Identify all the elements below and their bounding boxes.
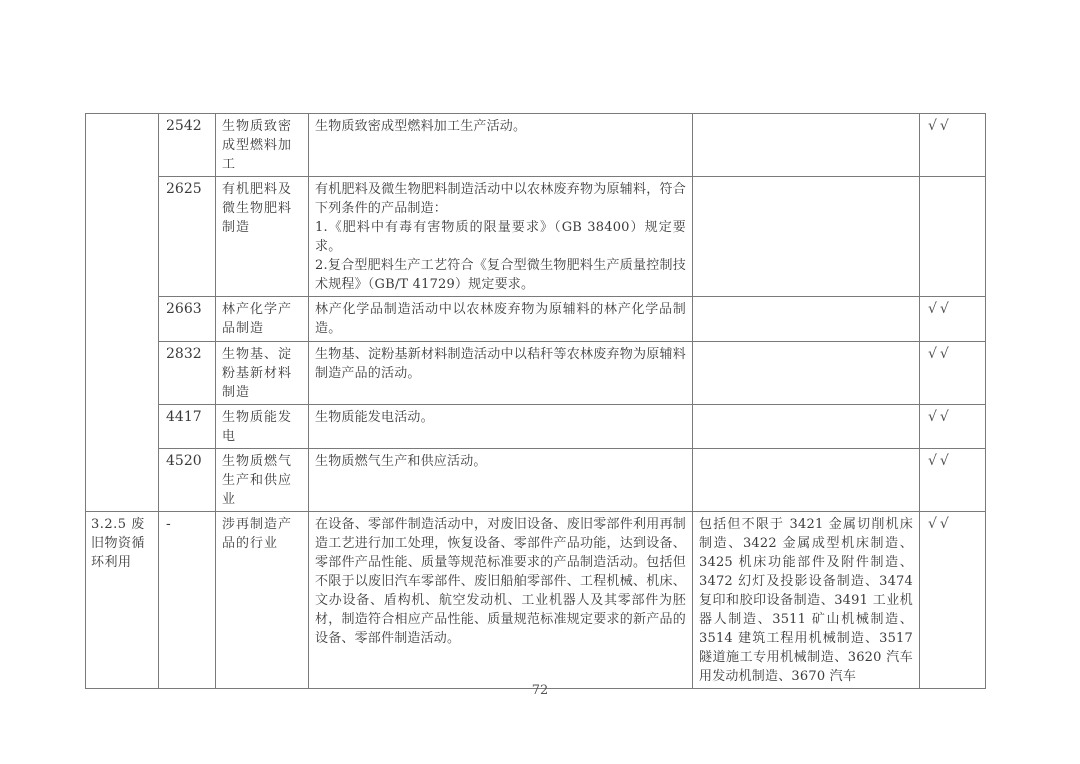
scope-cell: 包括但不限于 3421 金属切削机床制造、3422 金属成型机床制造、3425 … xyxy=(693,512,920,689)
table-row: 4520 生物质燃气生产和供应业 生物质燃气生产和供应活动。 √√ xyxy=(86,449,986,512)
name-cell: 林产化学产品制造 xyxy=(216,297,309,342)
table-row: 3.2.5 废旧物资循环利用 - 涉再制造产品的行业 在设备、零部件制造活动中，… xyxy=(86,512,986,689)
code-cell: - xyxy=(159,512,216,689)
description-cell: 在设备、零部件制造活动中，对废旧设备、废旧零部件利用再制造工艺进行加工处理，恢复… xyxy=(309,512,693,689)
table-row: 2625 有机肥料及微生物肥料制造 有机肥料及微生物肥料制造活动中以农林废弃物为… xyxy=(86,177,986,297)
name-cell: 生物基、淀粉基新材料制造 xyxy=(216,342,309,405)
scope-cell xyxy=(693,114,920,177)
name-cell: 有机肥料及微生物肥料制造 xyxy=(216,177,309,297)
document-page: 2542 生物质致密成型燃料加工 生物质致密成型燃料加工生产活动。 √√ 262… xyxy=(0,0,1080,764)
code-cell: 4417 xyxy=(159,405,216,449)
code-cell: 2542 xyxy=(159,114,216,177)
description-cell: 有机肥料及微生物肥料制造活动中以农林废弃物为原辅料，符合下列条件的产品制造： 1… xyxy=(309,177,693,297)
table-row: 4417 生物质能发电 生物质能发电活动。 √√ xyxy=(86,405,986,449)
code-cell: 2625 xyxy=(159,177,216,297)
checkmarks-cell: √√ xyxy=(920,512,986,689)
checkmarks-cell: √√ xyxy=(920,297,986,342)
name-cell: 生物质燃气生产和供应业 xyxy=(216,449,309,512)
description-cell: 生物基、淀粉基新材料制造活动中以秸秆等农林废弃物为原辅料制造产品的活动。 xyxy=(309,342,693,405)
scope-cell xyxy=(693,177,920,297)
code-cell: 4520 xyxy=(159,449,216,512)
scope-cell xyxy=(693,297,920,342)
activity-classification-table: 2542 生物质致密成型燃料加工 生物质致密成型燃料加工生产活动。 √√ 262… xyxy=(85,113,986,689)
checkmarks-cell xyxy=(920,177,986,297)
description-cell: 林产化学品制造活动中以农林废弃物为原辅料的林产化学品制造。 xyxy=(309,297,693,342)
scope-cell xyxy=(693,405,920,449)
code-cell: 2663 xyxy=(159,297,216,342)
checkmarks-cell: √√ xyxy=(920,405,986,449)
scope-cell xyxy=(693,342,920,405)
scope-cell xyxy=(693,449,920,512)
description-cell: 生物质能发电活动。 xyxy=(309,405,693,449)
description-cell: 生物质致密成型燃料加工生产活动。 xyxy=(309,114,693,177)
table-row: 2663 林产化学产品制造 林产化学品制造活动中以农林废弃物为原辅料的林产化学品… xyxy=(86,297,986,342)
table-row: 2542 生物质致密成型燃料加工 生物质致密成型燃料加工生产活动。 √√ xyxy=(86,114,986,177)
page-number: 72 xyxy=(0,683,1080,698)
category-cell: 3.2.5 废旧物资循环利用 xyxy=(86,512,159,689)
checkmarks-cell: √√ xyxy=(920,114,986,177)
name-cell: 生物质能发电 xyxy=(216,405,309,449)
name-cell: 生物质致密成型燃料加工 xyxy=(216,114,309,177)
category-cell-continued xyxy=(86,114,159,512)
name-cell: 涉再制造产品的行业 xyxy=(216,512,309,689)
code-cell: 2832 xyxy=(159,342,216,405)
table-row: 2832 生物基、淀粉基新材料制造 生物基、淀粉基新材料制造活动中以秸秆等农林废… xyxy=(86,342,986,405)
checkmarks-cell: √√ xyxy=(920,449,986,512)
checkmarks-cell: √√ xyxy=(920,342,986,405)
description-cell: 生物质燃气生产和供应活动。 xyxy=(309,449,693,512)
